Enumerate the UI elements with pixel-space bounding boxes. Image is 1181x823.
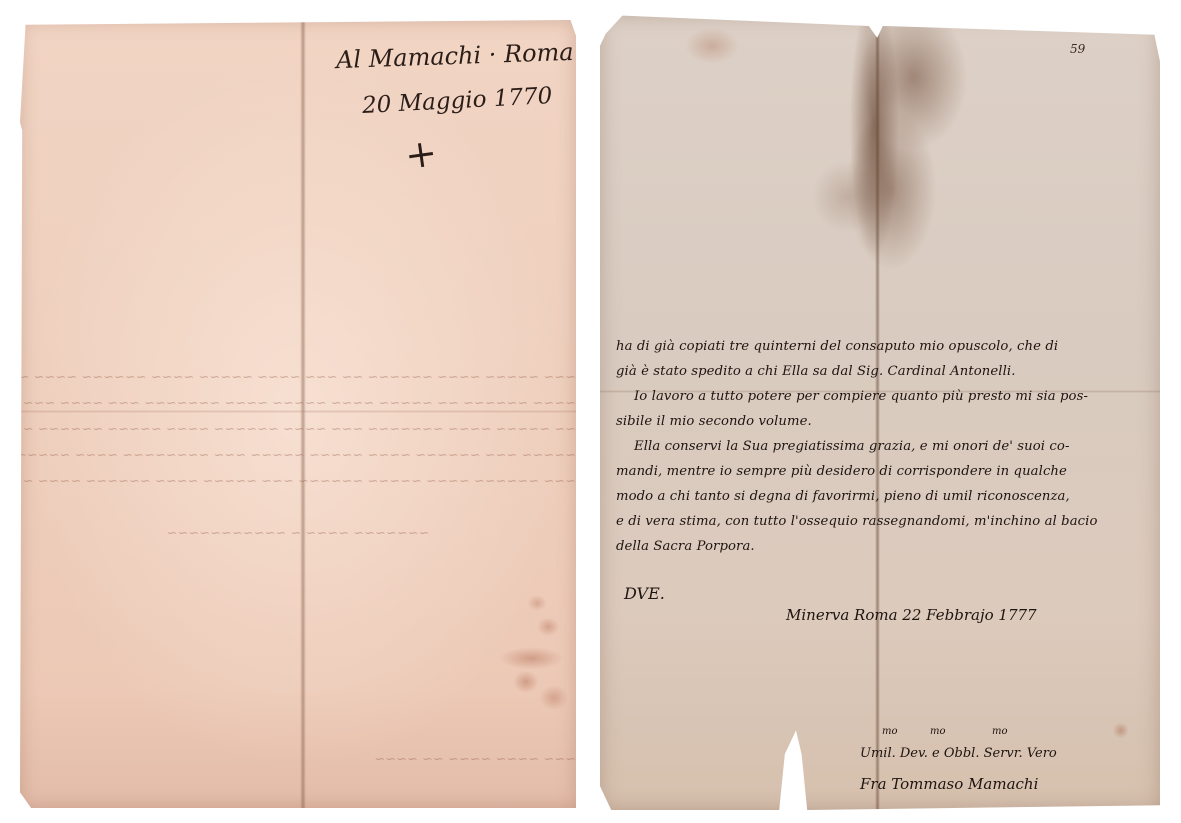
- ink-bleed-through: ~~ ~~~~~ ~~~~ ~~~~~~~ ~~~ ~~~~ ~~~~~~ ~~…: [20, 422, 576, 437]
- ink-bleed-through: ~~~ ~~~~~ ~~~~ ~~~~~~ ~~ ~~~ ~~~~ ~~~~~ …: [20, 370, 576, 385]
- ink-bleed-through: ~~~~~~~ ~~~~ ~ ~~~~~~~~~~~: [20, 526, 576, 541]
- signature-block: mo mo mo Umil. Dev. e Obbl. Servr. Vero …: [860, 732, 1057, 793]
- signature-valediction: Umil. Dev. e Obbl. Servr. Vero: [860, 746, 1057, 761]
- letter-line: e di vera stima, con tutto l'ossequio ra…: [616, 509, 1146, 534]
- letter-line: modo a chi tanto si degna di favorirmi, …: [616, 484, 1146, 509]
- letter-body: ha di già copiati tre quinterni del cons…: [616, 334, 1146, 559]
- letter-line: mandi, mentre io sempre più desidero di …: [616, 459, 1146, 484]
- letter-line: della Sacra Porpora.: [616, 534, 1146, 559]
- superscript: mo: [930, 726, 946, 737]
- letter-line: Ella conservi la Sua pregiatissima grazi…: [616, 434, 1146, 459]
- letter-line: Io lavoro a tutto potere per compiere qu…: [616, 384, 1146, 409]
- ink-bleed-through: ~~~~ ~~~~~~ ~~ ~~~~~ ~~~~ ~~~~~ ~~~~ ~~~…: [20, 396, 576, 411]
- ink-bleed-through: ~~~~~ ~~~ ~~~~~~ ~~~~ ~~~~~ ~~~~~ ~~~ ~~…: [20, 448, 576, 463]
- cross-mark: +: [402, 130, 440, 178]
- ink-bleed-through: ~~~ ~~~~~~ ~~~~ ~~~~~ ~~~~~~ ~~~ ~~~~~ ~…: [20, 474, 576, 489]
- right-page-letter-leaf: 59 ha di già copiati tre quinterni del c…: [600, 14, 1160, 810]
- letter-dateline: Minerva Roma 22 Febbrajo 1777: [786, 606, 1037, 624]
- superscript: mo: [882, 726, 898, 737]
- signature-name: Fra Tommaso Mamachi: [860, 775, 1057, 793]
- left-page-address-leaf: ~~~ ~~~~~ ~~~~ ~~~~~~ ~~ ~~~ ~~~~ ~~~~~ …: [20, 20, 576, 808]
- letter-line: ha di già copiati tre quinterni del cons…: [616, 334, 1146, 359]
- address-recipient: Al Mamachi · Roma: [336, 38, 574, 74]
- folio-number: 59: [1070, 42, 1085, 56]
- letter-line: sibile il mio secondo volume.: [616, 409, 1146, 434]
- letter-line: già è stato spedito a chi Ella sa dal Si…: [616, 359, 1146, 384]
- closing-abbreviation: DVE.: [624, 584, 665, 603]
- signature-superscripts: mo mo mo: [860, 732, 1057, 742]
- superscript: mo: [992, 726, 1008, 737]
- address-date: 20 Maggio 1770: [361, 83, 552, 119]
- vertical-fold-crease: [300, 20, 306, 808]
- ink-bleed-through: ~~~ ~~~~ ~~~~ ~~ ~~~~: [20, 752, 576, 767]
